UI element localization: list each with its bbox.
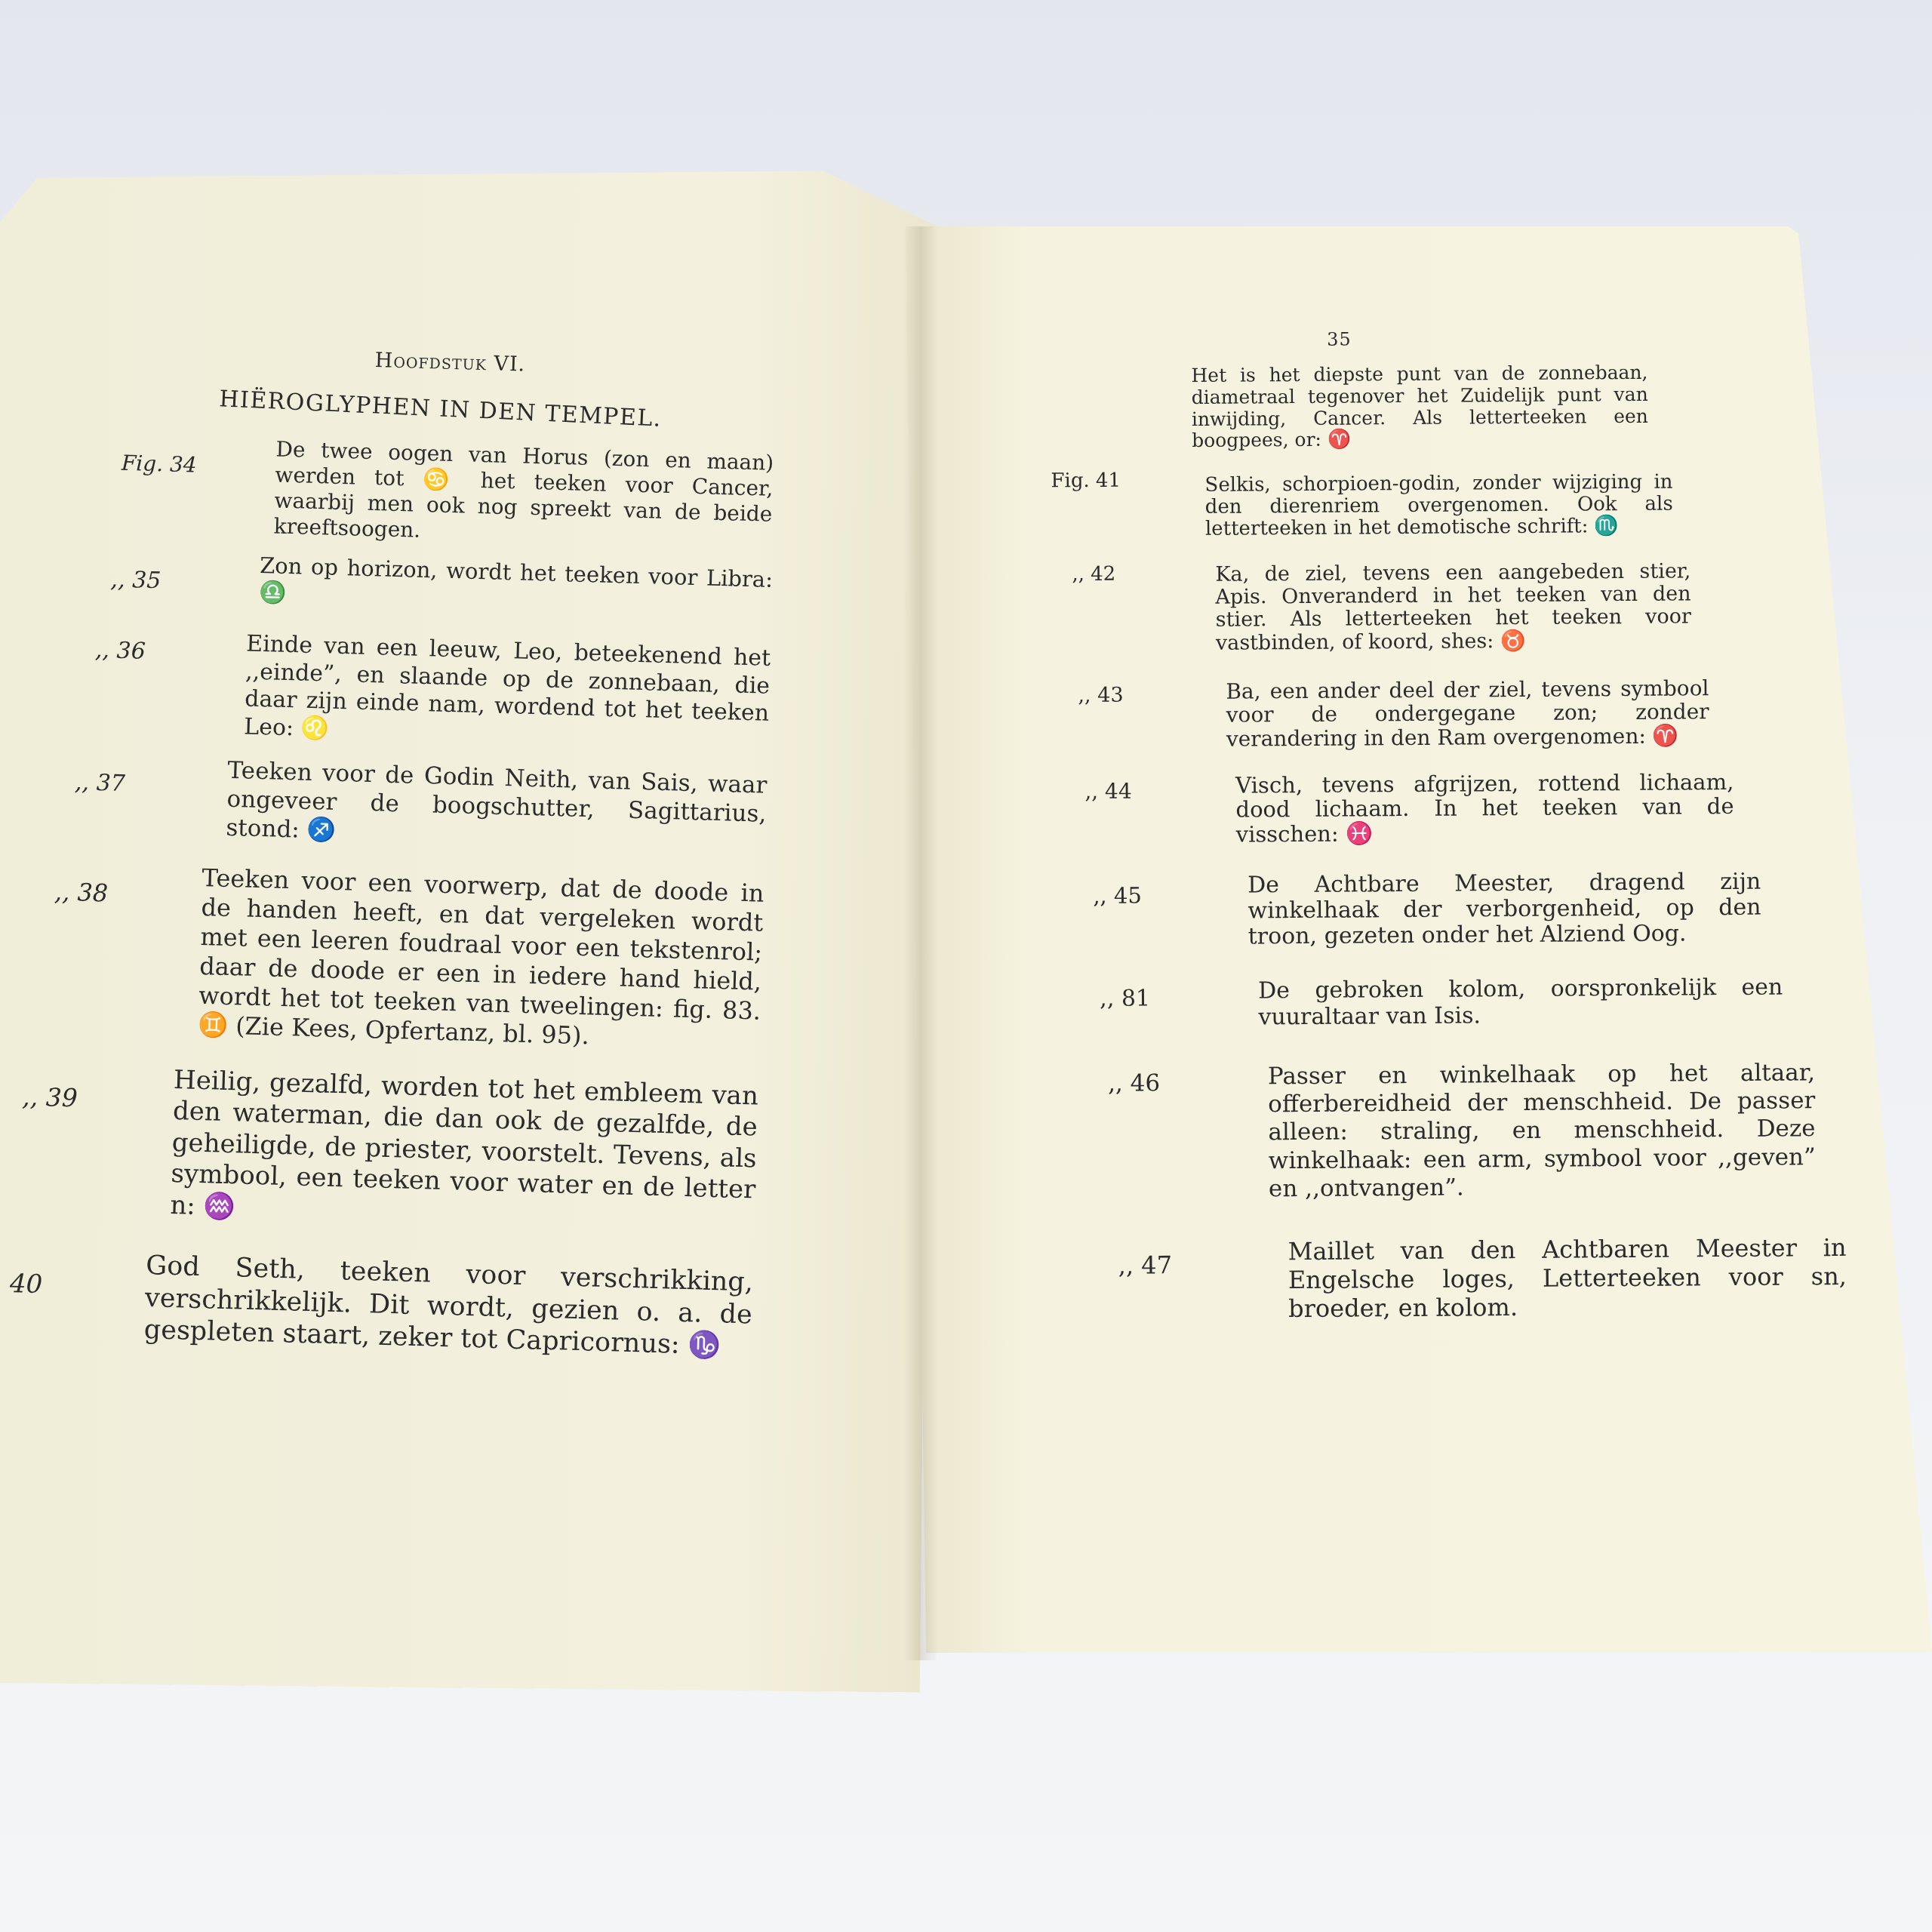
fig-label: ,, 47 bbox=[1118, 1251, 1172, 1279]
fig-label: ,, 45 bbox=[1093, 882, 1142, 908]
fig-label: ,, 43 bbox=[1078, 684, 1123, 707]
entry-text: De Achtbare Meester, dragend zijn winkel… bbox=[1247, 869, 1761, 950]
fig-label: ,, 46 bbox=[1108, 1069, 1160, 1097]
continuation-text: Het is het diepste punt van de zonnebaan… bbox=[1191, 362, 1648, 452]
entry-text: Passer en winkelhaak op het altaar, offe… bbox=[1268, 1059, 1816, 1203]
page-number: 35 bbox=[1327, 329, 1352, 350]
entry-text: Maillet van den Achtbaren Meester in Eng… bbox=[1287, 1234, 1847, 1323]
fig-label: ,, 42 bbox=[1072, 563, 1115, 586]
fig-label: ,, 81 bbox=[1100, 985, 1150, 1011]
entry-text: Visch, tevens afgrijzen, rottend lichaam… bbox=[1235, 770, 1734, 847]
entry-text: Selkis, schorpioen-godin, zonder wijzigi… bbox=[1204, 472, 1673, 541]
entry-text: Ba, een ander deel der ziel, tevens symb… bbox=[1226, 676, 1709, 751]
entry-text: Ka, de ziel, tevens een aangebeden stier… bbox=[1215, 560, 1691, 654]
right-page-content: 35 Het is het diepste punt van de zonneb… bbox=[0, 0, 1932, 1736]
fig-label: Fig. 41 bbox=[1051, 469, 1121, 493]
entry-text: De gebroken kolom, oorspronkelijk een vu… bbox=[1258, 975, 1783, 1031]
fig-label: ,, 44 bbox=[1084, 779, 1132, 804]
